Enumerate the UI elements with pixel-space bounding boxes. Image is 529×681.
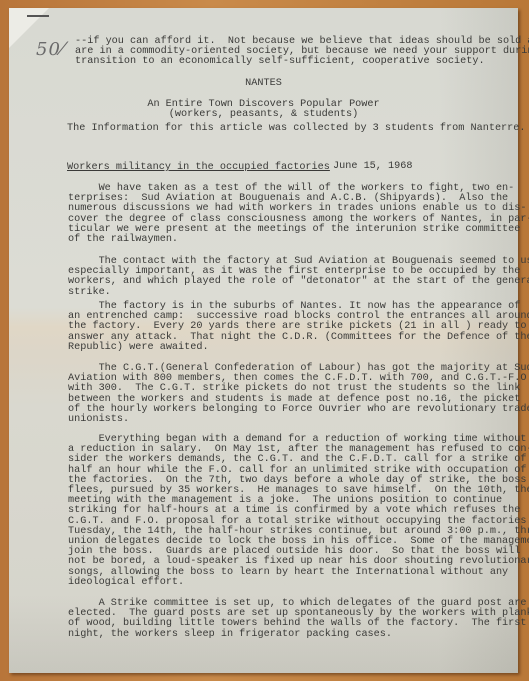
document-page: 50⁄ --if you can afford it. Not because … <box>9 8 518 673</box>
handwritten-price-note: 50⁄ <box>36 39 65 60</box>
paragraph-line: unionists. <box>68 415 129 425</box>
section-date: June 15, 1968 <box>333 162 412 172</box>
paragraph-line: Republic) were awaited. <box>68 343 209 353</box>
paragraph-line: strike. <box>68 288 111 298</box>
section-heading: Workers militancy in the occupied factor… <box>67 163 330 173</box>
page-shade <box>438 8 518 673</box>
intro-line: transition to an economically self-suffi… <box>75 57 485 67</box>
paragraph-line: of the railwaymen. <box>68 235 178 245</box>
paragraph-line: ideological effort. <box>68 578 184 588</box>
page-shade <box>9 593 518 673</box>
pen-mark <box>27 15 49 17</box>
